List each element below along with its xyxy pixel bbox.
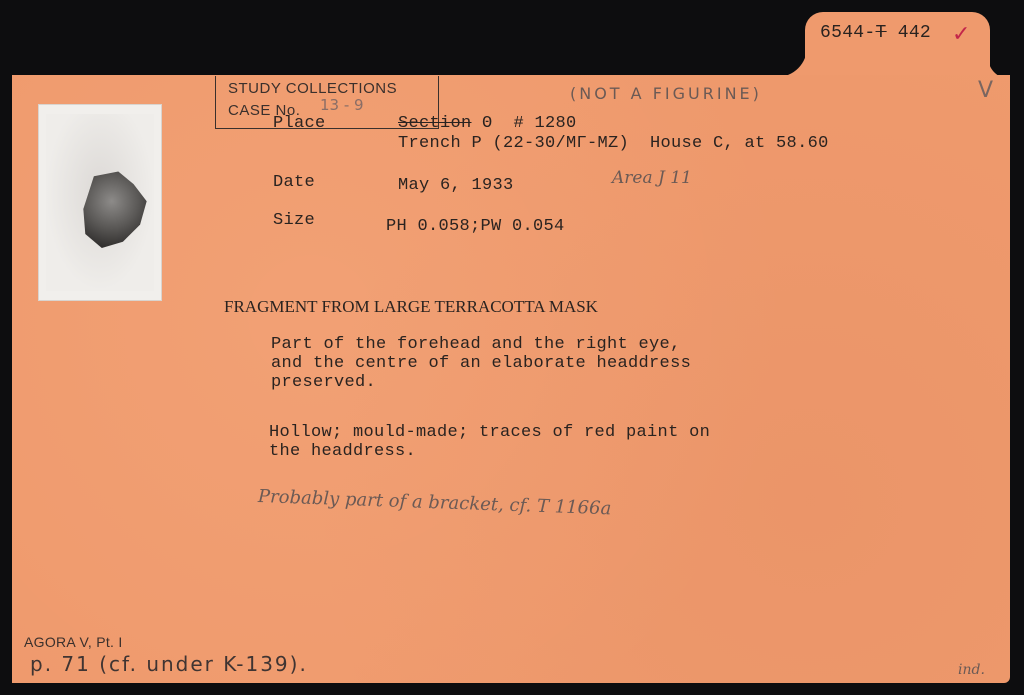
place-label: Place <box>273 114 326 133</box>
date-value: May 6, 1933 <box>398 176 514 195</box>
place-value-line2: Trench P (22-30/MΓ-MZ) House C, at 58.60 <box>398 134 829 153</box>
catalog-number-struck: T <box>876 23 887 43</box>
not-a-figurine-note: (NOT A FIGURINE) <box>570 84 762 103</box>
mask-fragment-image <box>82 170 148 248</box>
stamp-title: STUDY COLLECTIONS <box>228 80 397 97</box>
tab-shoulder-left <box>775 45 807 77</box>
description-p2-line1: Hollow; mould-made; traces of red paint … <box>269 423 710 442</box>
date-label: Date <box>273 173 315 192</box>
description-p2-line2: the headdress. <box>269 442 416 461</box>
description-p1-line1: Part of the forehead and the right eye, <box>271 335 681 354</box>
tab-shoulder-right <box>988 45 1010 79</box>
publication-reference: AGORA V, Pt. I <box>24 634 123 650</box>
section-number: Θ # 1280 <box>472 114 577 133</box>
red-check-icon: ✓ <box>952 22 970 47</box>
place-value-line1: Section Θ # 1280 <box>398 114 577 133</box>
stamp-case-number: 13 - 9 <box>320 96 364 114</box>
catalog-number-suffix: 442 <box>887 23 931 43</box>
area-note: Area J 11 <box>612 168 692 188</box>
description-p1-line2: and the centre of an elaborate headdress <box>271 354 691 373</box>
pencil-check-icon: V <box>978 78 993 103</box>
size-value: PH 0.058;PW 0.054 <box>386 217 565 236</box>
publication-page-note: p. 71 (cf. under K-139). <box>30 652 308 676</box>
section-struck: Section <box>398 114 472 133</box>
catalog-number-prefix: 6544- <box>820 23 876 43</box>
photo-backdrop <box>46 114 154 291</box>
description-p1-line3: preserved. <box>271 373 376 392</box>
description-title: FRAGMENT FROM LARGE TERRACOTTA MASK <box>224 297 598 317</box>
object-photograph <box>38 104 162 301</box>
catalog-number: 6544-T 442 <box>820 23 931 43</box>
ind-note: ind. <box>958 662 985 678</box>
size-label: Size <box>273 211 315 230</box>
